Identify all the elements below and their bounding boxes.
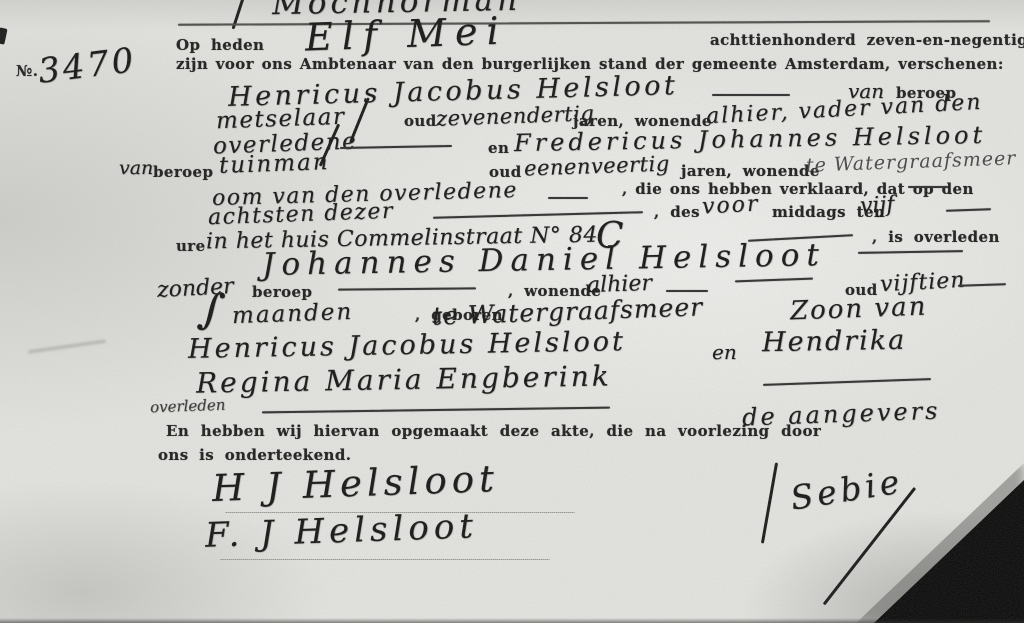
- printed-year: achttienhonderd zeven-en-negentig,: [710, 31, 1024, 49]
- scan-smudge: [28, 340, 106, 354]
- printed-ure: ure: [176, 237, 206, 255]
- fill-line: [763, 378, 931, 386]
- ink-blot-left-edge: [0, 27, 8, 44]
- declarant2-occupation: tuinman: [219, 149, 330, 179]
- printed-intro-line: zijn voor ons Ambtenaar van den burgerli…: [176, 55, 992, 73]
- scan-bottom-edge-shadow: [0, 618, 1024, 623]
- printed-closing-line1: En hebben wij hiervan opgemaakt deze akt…: [166, 422, 821, 440]
- fill-line: [858, 250, 963, 254]
- daypart-written: voor: [701, 192, 760, 220]
- act-number-label: №.: [16, 62, 38, 80]
- printed-des: , des: [654, 203, 700, 221]
- mother-name-part1: Hendrika: [762, 325, 907, 359]
- printed-en: en: [488, 139, 509, 157]
- printed-oud-1: oud: [404, 112, 437, 130]
- printed-jaren-wonende-2: jaren, wonende: [681, 162, 820, 180]
- fill-line: [908, 186, 948, 188]
- printed-closing-line2: ons is onderteekend.: [158, 446, 351, 464]
- fill-line: [338, 287, 476, 290]
- deceased-age-unit: maanden: [232, 299, 354, 329]
- fill-line: [262, 407, 610, 414]
- overleden-note: overleden: [150, 396, 226, 417]
- written-date: Elf Mei: [304, 8, 508, 59]
- signature-baseline: [220, 559, 550, 560]
- death-day-written: achtsten dezer: [208, 199, 395, 230]
- deceased-birthplace: te Watergraafsmeer: [432, 292, 704, 330]
- printed-op-heden: Op heden: [176, 36, 264, 54]
- fill-line: [712, 94, 790, 96]
- registrar-signature-lead-stroke: [761, 462, 778, 543]
- fill-line: [735, 278, 813, 283]
- death-certificate-scan: Mochnorman №. 3470 Op heden Elf Mei acht…: [0, 0, 1024, 623]
- declarant2-van-written: van: [119, 157, 153, 179]
- printed-beroep-deceased: beroep: [252, 283, 312, 301]
- signature-declarant1: H J Helsloot: [211, 457, 499, 510]
- signature-declarant2: F. J Helsloot: [204, 506, 478, 556]
- en-written: en: [712, 340, 737, 364]
- fill-line: [946, 208, 991, 212]
- death-hour-written: vijf: [859, 192, 895, 219]
- printed-is-overleden: , is overleden: [872, 228, 1000, 246]
- father-name: Henricus Jacobus Helsloot: [188, 326, 626, 365]
- declarant2-age: eenenveertig: [524, 151, 670, 180]
- fill-line: [958, 283, 1006, 287]
- act-number-value: 3470: [36, 40, 139, 92]
- zoon-van-written: Zoon van: [790, 292, 928, 327]
- signature-registrar: Sebie: [788, 461, 906, 517]
- closing-by-written: de aangevers: [742, 397, 941, 432]
- printed-verklaard: , die ons hebben verklaard, dat op den: [622, 180, 974, 198]
- fill-line: [548, 197, 588, 199]
- declarant1-age: zevenendertig: [436, 101, 595, 131]
- mother-name-part2: Regina Maria Engberink: [196, 359, 612, 399]
- printed-beroep-2: beroep: [153, 163, 213, 181]
- declarant2-residence: te Watergraafsmeer: [806, 147, 1017, 176]
